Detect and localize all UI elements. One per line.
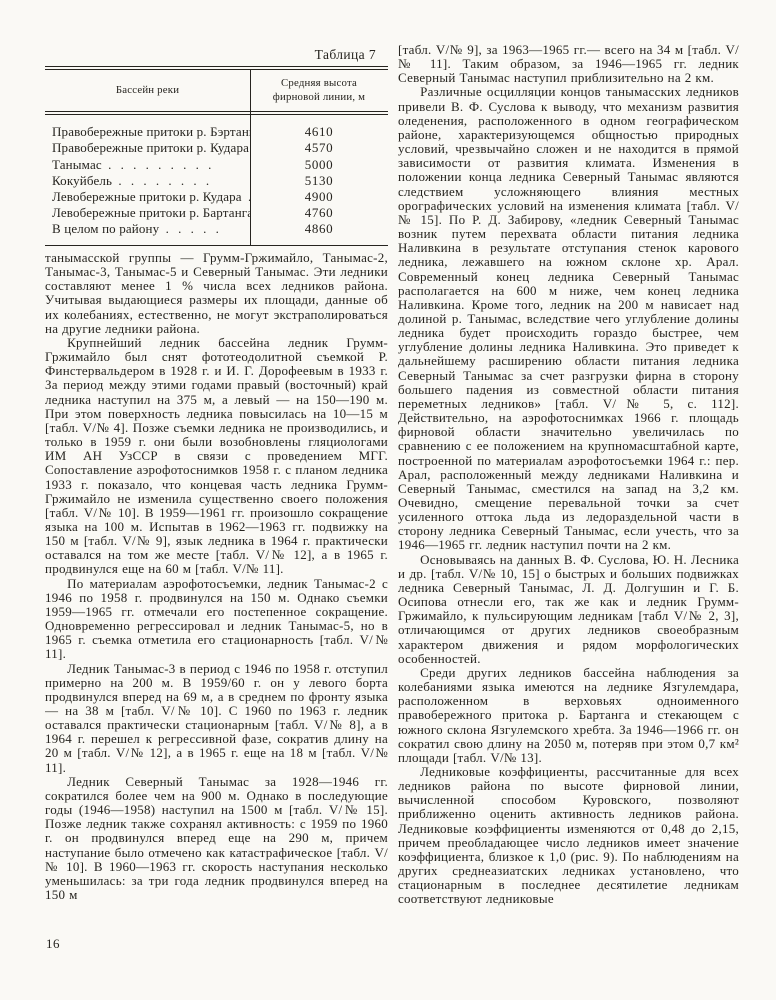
table-row: Левобережные притоки р. Бартанга .4760 xyxy=(45,205,388,221)
firn-line-table: Бассейн реки Средняя высота фирновой лин… xyxy=(45,66,388,246)
document-page: Таблица 7 Бассейн реки Средняя высота фи… xyxy=(0,0,776,1000)
dot-leader: . xyxy=(242,189,250,204)
table-column-divider xyxy=(250,70,251,245)
basin-cell: Правобережные притоки р. Бэртанга xyxy=(45,124,250,140)
paragraph: Среди других ледников бассейна наблюдени… xyxy=(398,666,739,765)
table-body: Правобережные притоки р. Бэртанга4610Пра… xyxy=(45,115,388,245)
table-header-row: Бассейн реки Средняя высота фирновой лин… xyxy=(45,70,388,115)
right-column: [табл. V/№ 9], за 1963—1965 гг.— всего н… xyxy=(398,43,739,933)
paragraph: Основываясь на данных В. Ф. Суслова, Ю. … xyxy=(398,553,739,666)
basin-cell: В целом по району . . . . . xyxy=(45,221,250,237)
paragraph: По материалам аэрофотосъемки, ледник Тан… xyxy=(45,577,388,662)
paragraph: танымасской группы — Грумм-Гржимайло, Та… xyxy=(45,251,388,336)
table-caption: Таблица 7 xyxy=(45,47,376,63)
height-cell: 5000 xyxy=(250,157,388,173)
paragraph: Ледниковые коэффициенты, рассчитанные дл… xyxy=(398,765,739,907)
table-row: В целом по району . . . . .4860 xyxy=(45,221,388,237)
height-cell: 4570 xyxy=(250,140,388,156)
left-column: танымасской группы — Грумм-Гржимайло, Та… xyxy=(45,251,388,945)
dot-leader: . . . . . xyxy=(159,221,222,236)
table-row: Кокуйбель . . . . . . . .5130 xyxy=(45,173,388,189)
column-header-basin: Бассейн реки xyxy=(45,70,250,111)
basin-cell: Танымас . . . . . . . . . xyxy=(45,157,250,173)
dot-leader: . . . . . . . . . xyxy=(102,157,215,172)
dot-leader: . . . . . . . . xyxy=(112,173,212,188)
table-row: Танымас . . . . . . . . .5000 xyxy=(45,156,388,172)
table-row: Левобережные притоки р. Кудара .4900 xyxy=(45,189,388,205)
basin-cell: Правобережные притоки р. Кудара . xyxy=(45,140,250,156)
basin-cell: Левобережные притоки р. Кудара . xyxy=(45,189,250,205)
height-cell: 4900 xyxy=(250,189,388,205)
height-cell: 4860 xyxy=(250,221,388,237)
height-cell: 5130 xyxy=(250,173,388,189)
basin-cell: Кокуйбель . . . . . . . . xyxy=(45,173,250,189)
page-number: 16 xyxy=(46,936,60,952)
paragraph: Ледник Северный Танымас за 1928—1946 гг.… xyxy=(45,775,388,902)
paragraph: Различные осцилляции концов танымасских … xyxy=(398,85,739,552)
column-header-height: Средняя высота фирновой линии, м xyxy=(250,70,388,111)
height-cell: 4610 xyxy=(250,124,388,140)
paragraph: [табл. V/№ 9], за 1963—1965 гг.— всего н… xyxy=(398,43,739,85)
basin-cell: Левобережные притоки р. Бартанга . xyxy=(45,205,250,221)
height-cell: 4760 xyxy=(250,205,388,221)
table-row: Правобережные притоки р. Бэртанга4610 xyxy=(45,124,388,140)
paragraph: Ледник Танымас-3 в период с 1946 по 1958… xyxy=(45,662,388,775)
table-row: Правобережные притоки р. Кудара .4570 xyxy=(45,140,388,156)
paragraph: Крупнейший ледник бассейна ледник Грумм-… xyxy=(45,336,388,577)
